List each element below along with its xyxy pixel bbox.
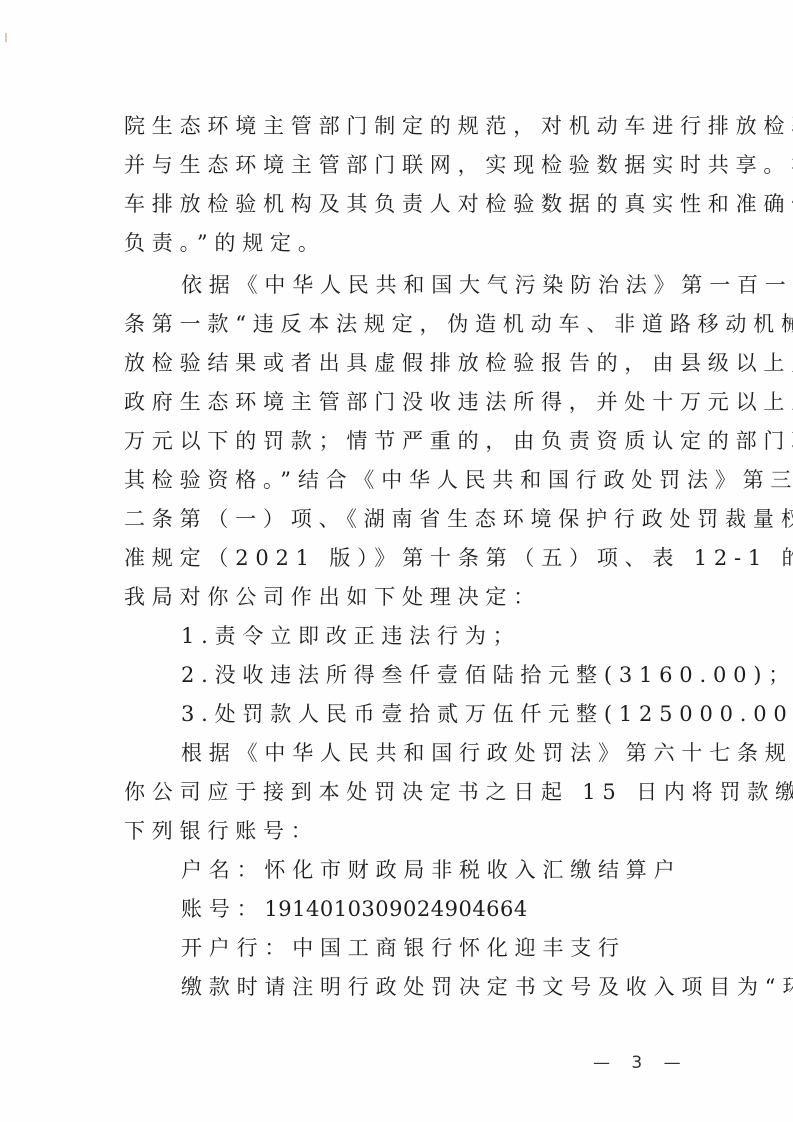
bank-name-label: 开户行： [181, 936, 292, 960]
decision-item-3: 3.处罚款人民币壹拾贰万伍仟元整(125000.00)。 [124, 695, 684, 734]
text-line: 政府生态环境主管部门没收违法所得，并处十万元以上五十 [124, 383, 684, 422]
document-body: 院生态环境主管部门制定的规范，对机动车进行排放检验， 并与生态环境主管部门联网，… [124, 107, 684, 1007]
account-number-label: 账号： [181, 897, 264, 921]
text-line: 其检验资格。”结合《中华人民共和国行政处罚法》第三十 [124, 461, 684, 500]
account-name-label: 户名： [181, 858, 264, 882]
decision-list: 1.责令立即改正违法行为； 2.没收违法所得叁仟壹佰陆拾元整(3160.00)；… [124, 617, 684, 734]
decision-item-1: 1.责令立即改正违法行为； [124, 617, 684, 656]
text-line: 根据《中华人民共和国行政处罚法》第六十七条规定， [124, 734, 684, 773]
account-number-row: 账号：19140103090249046​64 [124, 890, 684, 929]
bank-name-value: 中国工商银行怀化迎丰支行 [292, 936, 626, 960]
text-line: 你公司应于接到本处罚决定书之日起 15 日内将罚款缴纳至 [124, 773, 684, 812]
text-line: 并与生态环境主管部门联网，实现检验数据实时共享。机动 [124, 146, 684, 185]
account-number-value: 19140103090249046​64 [264, 897, 527, 921]
account-name-value: 怀化市财政局非税收入汇缴结算户 [264, 858, 681, 882]
bank-name-row: 开户行：中国工商银行怀化迎丰支行 [124, 929, 684, 968]
document-page: 院生态环境主管部门制定的规范，对机动车进行排放检验， 并与生态环境主管部门联网，… [0, 0, 793, 1122]
scan-margin-mark [5, 33, 7, 42]
text-line: 条第一款“违反本法规定，伪造机动车、非道路移动机械排 [124, 305, 684, 344]
text-line: 依据《中华人民共和国大气污染防治法》第一百一十二 [124, 266, 684, 305]
text-line: 下列银行账号： [124, 812, 684, 851]
decision-item-2: 2.没收违法所得叁仟壹佰陆拾元整(3160.00)； [124, 656, 684, 695]
text-line: 我局对你公司作出如下处理决定： [124, 578, 684, 617]
paragraph-continued: 院生态环境主管部门制定的规范，对机动车进行排放检验， 并与生态环境主管部门联网，… [124, 107, 684, 263]
text-line: 万元以下的罚款；情节严重的，由负责资质认定的部门取消 [124, 422, 684, 461]
text-line: 准规定（2021 版）》第十条第（五）项、表 12-1 的规定。 [124, 539, 684, 578]
text-line: 放检验结果或者出具虚假排放检验报告的，由县级以上人民 [124, 344, 684, 383]
bank-account-info: 户名：怀化市财政局非税收入汇缴结算户 账号：19140103090249046​… [124, 851, 684, 968]
text-line: 车排放检验机构及其负责人对检验数据的真实性和准确性 [124, 185, 684, 224]
paragraph-legal-basis: 依据《中华人民共和国大气污染防治法》第一百一十二 条第一款“违反本法规定，伪造机… [124, 266, 684, 617]
page-number: — 3 — [593, 1053, 689, 1073]
account-name-row: 户名：怀化市财政局非税收入汇缴结算户 [124, 851, 684, 890]
text-line: 二条第（一）项、《湖南省生态环境保护行政处罚裁量权基 [124, 500, 684, 539]
paragraph-payment: 根据《中华人民共和国行政处罚法》第六十七条规定， 你公司应于接到本处罚决定书之日… [124, 734, 684, 851]
closing-line: 缴款时请注明行政处罚决定书文号及收入项目为“环境 [124, 968, 684, 1007]
text-line: 负责。”的规定。 [124, 224, 684, 263]
text-line: 院生态环境主管部门制定的规范，对机动车进行排放检验， [124, 107, 684, 146]
